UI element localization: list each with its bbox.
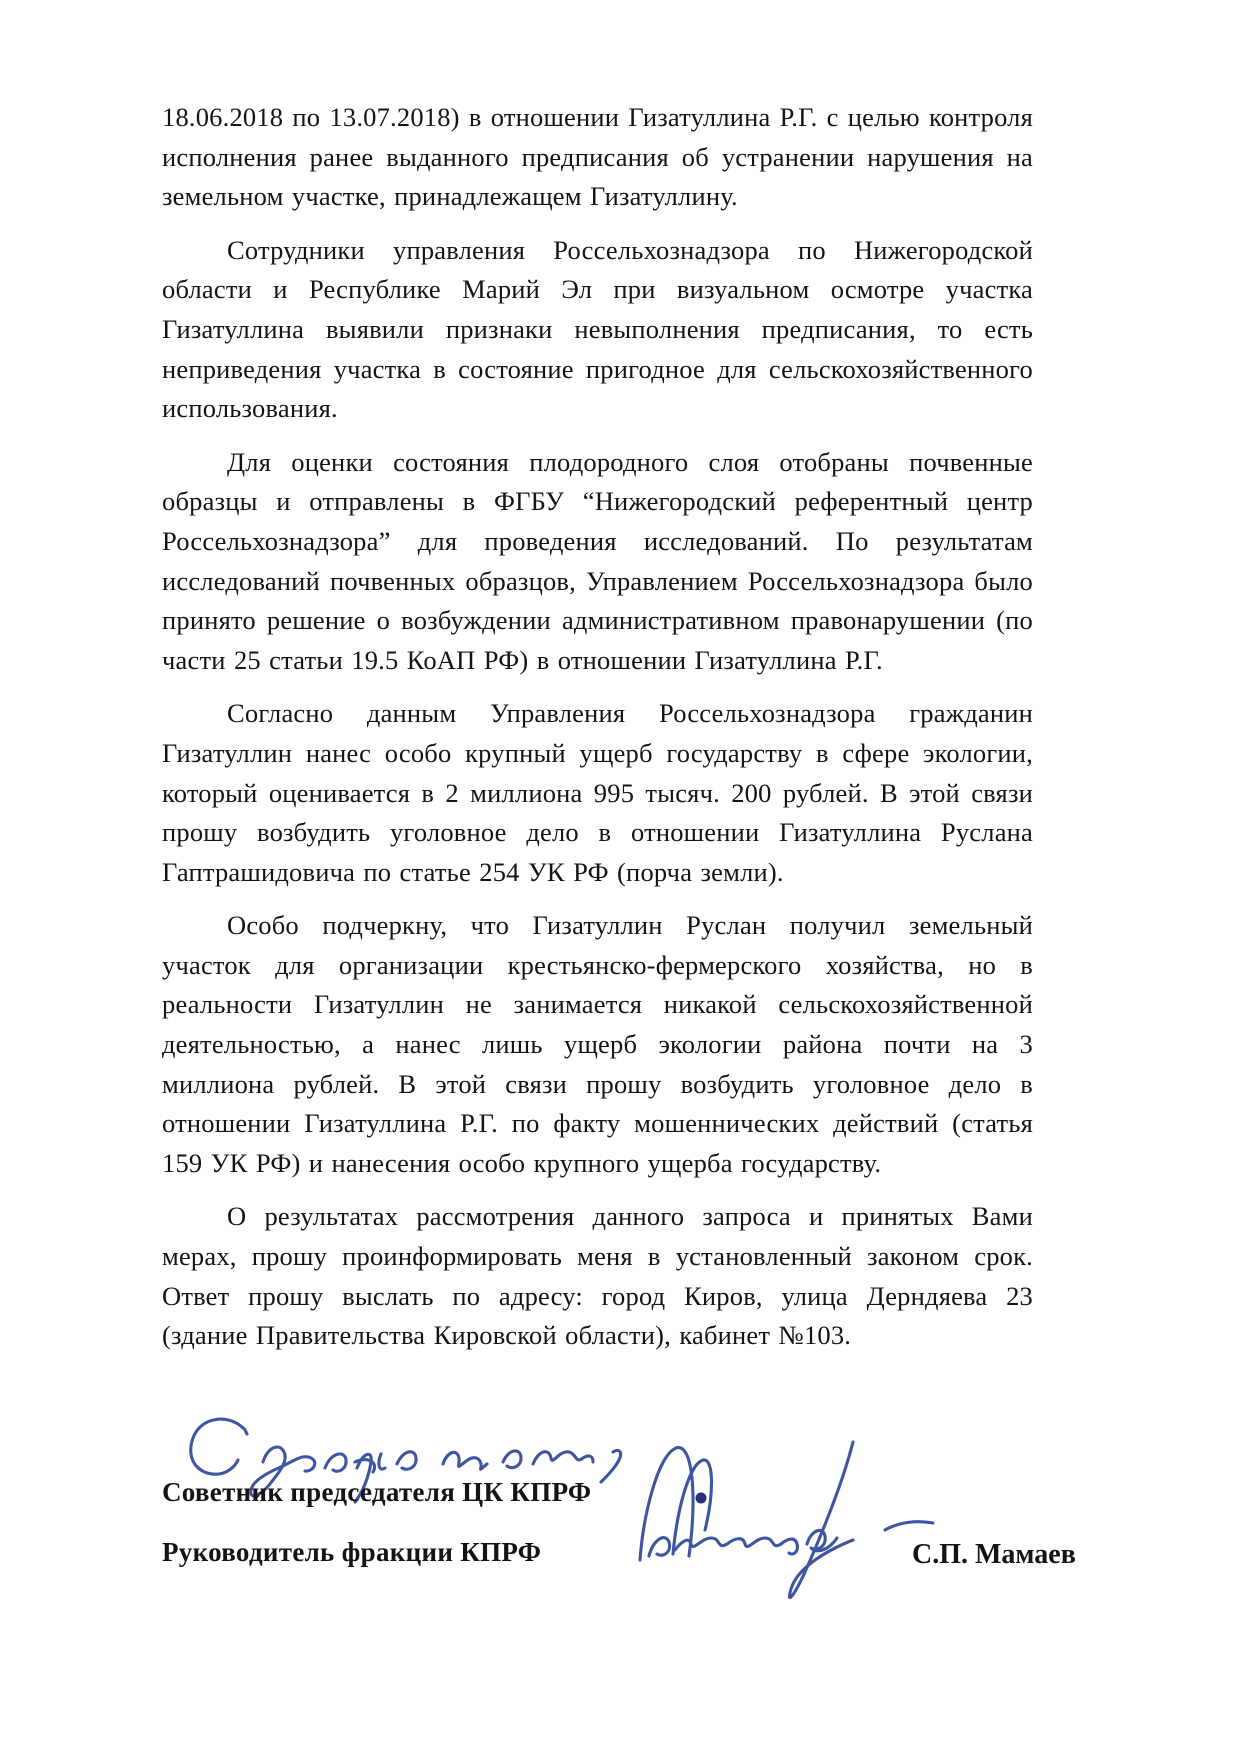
paragraph: Особо подчеркну, что Гизатуллин Руслан п… [162,906,1033,1183]
signer-title-line1: Советник председателя ЦК КПРФ [162,1477,591,1508]
paragraph: Сотрудники управления Россельхознадзора … [162,231,1033,429]
ink-blob [696,1493,707,1504]
paragraph: Согласно данным Управления Россельхознад… [162,694,1033,892]
letter-body: 18.06.2018 по 13.07.2018) в отношении Ги… [162,98,1033,1370]
signature-scribble [553,1426,953,1616]
paragraph: О результатах рассмотрения данного запро… [162,1197,1033,1355]
signer-title-line2: Руководитель фракции КПРФ [162,1537,541,1568]
signer-name: С.П. Мамаев [912,1539,1076,1571]
scanned-letter-page: 18.06.2018 по 13.07.2018) в отношении Ги… [0,0,1240,1753]
paragraph: Для оценки состояния плодородного слоя о… [162,443,1033,681]
paragraph-continuation: 18.06.2018 по 13.07.2018) в отношении Ги… [162,98,1033,217]
